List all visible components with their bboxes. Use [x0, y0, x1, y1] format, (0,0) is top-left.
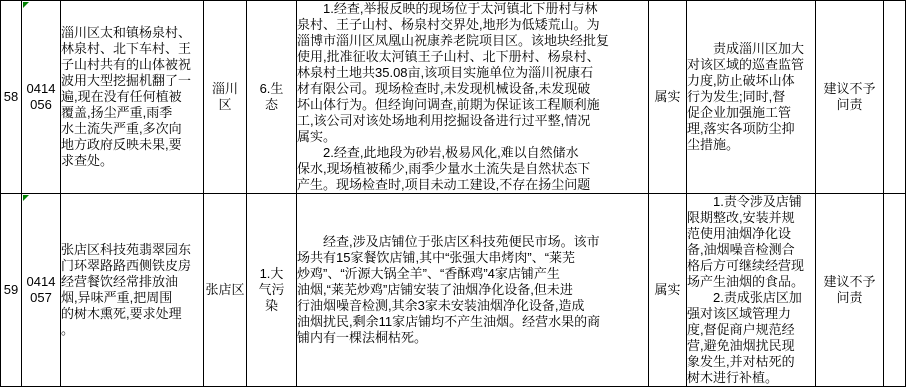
category-cell[interactable]: 6.生 态: [247, 1, 297, 194]
case-number-cell[interactable]: 0414 057: [22, 194, 61, 387]
row-number-cell[interactable]: 58: [1, 1, 22, 194]
number-stored-as-text-warning-icon: [23, 2, 29, 8]
category-cell[interactable]: 1.大 气污 染: [247, 194, 297, 387]
spreadsheet-view: 58 0414 056 淄川区太和镇杨泉村、 林泉村、北下车村、王 子山村共有的…: [0, 0, 909, 387]
accountability-cell[interactable]: 建议不予 问责: [816, 1, 884, 194]
investigation-cell[interactable]: 1.经查,举报反映的现场位于太河镇北下册村与林 泉村、王子山村、杨泉村交界处,地…: [297, 1, 649, 194]
verdict-cell[interactable]: 属实: [649, 1, 687, 194]
case-number-cell[interactable]: 0414 056: [22, 1, 61, 194]
number-stored-as-text-warning-icon: [23, 195, 29, 201]
row-number-cell[interactable]: 59: [1, 194, 22, 387]
table-row: 58 0414 056 淄川区太和镇杨泉村、 林泉村、北下车村、王 子山村共有的…: [1, 1, 906, 194]
investigation-cell[interactable]: 经查,涉及店铺位于张店区科技苑便民市场。该市 场共有15家餐饮店铺,其中“张强大…: [297, 194, 649, 387]
empty-cell[interactable]: [884, 1, 906, 194]
verdict-cell[interactable]: 属实: [649, 194, 687, 387]
measures-cell[interactable]: 责成淄川区加大 对该区域的巡查监管 力度,防止破坏山体 行为发生;同时,督 促企…: [687, 1, 816, 194]
accountability-cell[interactable]: 建议不予 问责: [816, 194, 884, 387]
empty-cell[interactable]: [884, 194, 906, 387]
case-number: 0414 056: [27, 81, 56, 112]
measures-cell[interactable]: 1.责令涉及店铺 限期整改,安装并规 范使用油烟净化设 备,油烟噪音检测合 格后…: [687, 194, 816, 387]
district-cell[interactable]: 淄川 区: [204, 1, 247, 194]
complaint-cell[interactable]: 张店区科技苑翡翠园东 门环翠路路西侧铁皮房 经营餐饮经常排放油 烟,异味严重,把…: [61, 194, 204, 387]
table-row: 59 0414 057 张店区科技苑翡翠园东 门环翠路路西侧铁皮房 经营餐饮经常…: [1, 194, 906, 387]
case-number: 0414 057: [27, 274, 56, 305]
district-cell[interactable]: 张店区: [204, 194, 247, 387]
complaint-cell[interactable]: 淄川区太和镇杨泉村、 林泉村、北下车村、王 子山村共有的山体被祝 波用大型挖掘机…: [61, 1, 204, 194]
inspection-table: 58 0414 056 淄川区太和镇杨泉村、 林泉村、北下车村、王 子山村共有的…: [0, 0, 906, 387]
